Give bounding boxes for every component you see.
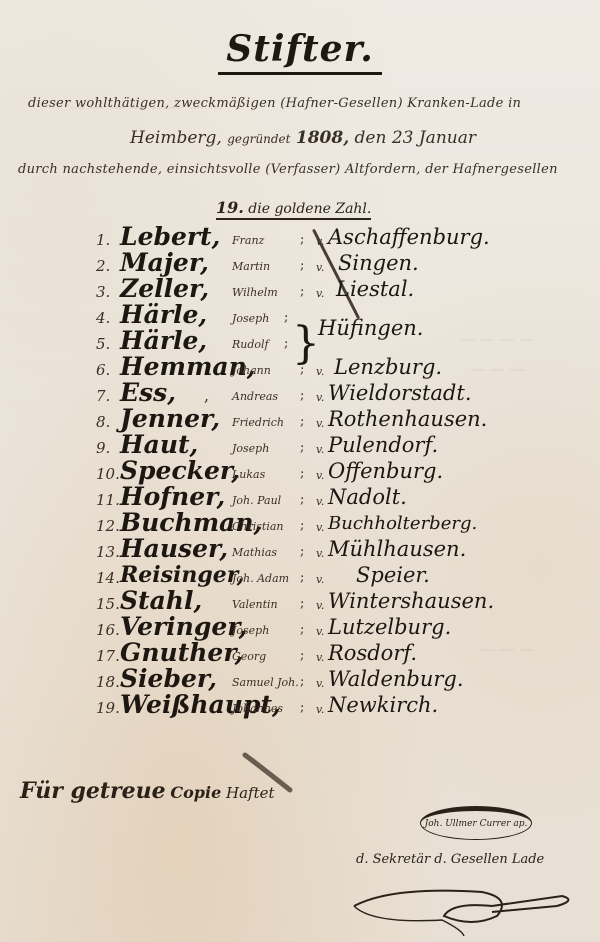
list-item: 19. Weißhaupt, Johannes ; v. Newkirch. — [0, 692, 600, 718]
certification-suffix: Haftet — [226, 784, 275, 802]
founded-label: gegründet — [227, 132, 290, 146]
list-item: 14. Reisinger, Joh. Adam ; v. Speier. — [0, 562, 600, 588]
subheading-text: die goldene Zahl. — [248, 201, 371, 217]
intro-line-2: Heimberg, gegründet 1808, den 23 Januar — [130, 128, 476, 148]
list-item: 17. Gnuther, Georg ; v. Rosdorf. — [0, 640, 600, 666]
title-container: Stifter. — [0, 28, 600, 75]
list-item: 13. Hauser, Mathias ; v. Mühlhausen. — [0, 536, 600, 562]
certification-copy-word: Copie — [170, 783, 221, 802]
curly-brace-grouping: } — [292, 322, 320, 366]
intro-line-1: dieser wohlthätigen, zweckmäßigen (Hafne… — [28, 96, 521, 111]
list-item: 8. Jenner, Friedrich ; v. Rothenhausen. — [0, 406, 600, 432]
subheading: 19. die goldene Zahl. — [216, 198, 371, 220]
founding-date: den 23 Januar — [355, 128, 476, 148]
list-item: 18. Sieber, Samuel Joh. ; v. Waldenburg. — [0, 666, 600, 692]
list-item: 15. Stahl, Valentin ; v. Wintershausen. — [0, 588, 600, 614]
list-item: 11. Hofner, Joh. Paul ; v. Nadolt. — [0, 484, 600, 510]
list-item: 16. Veringer, Joseph ; v. Lutzelburg. — [0, 614, 600, 640]
certification-prefix: Für getreue — [20, 778, 166, 804]
list-item: 2. Majer, Martin ; v. Singen. — [0, 250, 600, 276]
list-item: 1. Lebert, Franz ; v. Aschaffenburg. — [0, 224, 600, 250]
secretary-signature-line: d. Sekretär d. Gesellen Lade — [356, 852, 544, 867]
list-item: 9. Haut, Joseph ; v. Pulendorf. — [0, 432, 600, 458]
list-item: 10. Specker, Lukas ; v. Offenburg. — [0, 458, 600, 484]
founding-year: 1808, — [296, 128, 349, 148]
intro-line-3: durch nachstehende, einsichtsvolle (Verf… — [18, 162, 558, 177]
certification-line: Für getreue Copie Haftet — [20, 778, 275, 804]
list-item: 12. Buchman, Christian ; v. Buchholterbe… — [0, 510, 600, 536]
founding-place: Heimberg, — [130, 128, 222, 148]
document-title: Stifter. — [218, 28, 382, 75]
list-item: 3. Zeller, Wilhelm ; v. Liestal. — [0, 276, 600, 302]
signature-flourish — [352, 876, 592, 936]
list-item: 7. Ess, , Andreas ; v. Wieldorstadt. — [0, 380, 600, 406]
signature-oval: Joh. Ullmer Currer ap. — [420, 806, 532, 840]
subheading-number: 19. — [216, 198, 244, 217]
